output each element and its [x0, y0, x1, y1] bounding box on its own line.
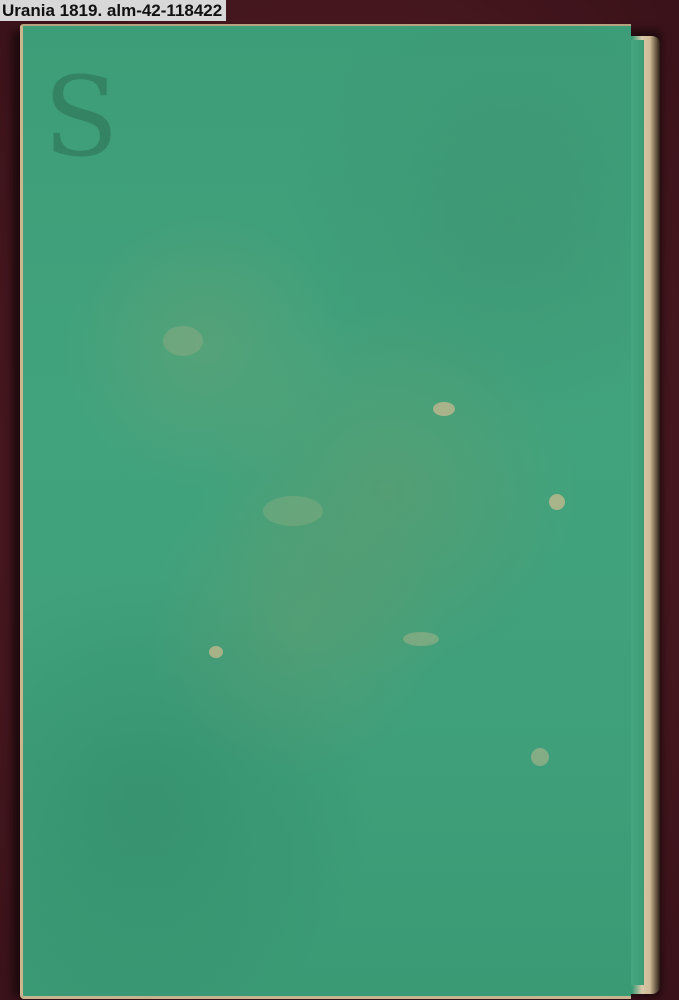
stain-spot: [163, 326, 203, 356]
monogram-stamp: S: [41, 62, 121, 172]
book-cover: S: [20, 24, 631, 999]
image-caption: Urania 1819. alm-42-118422: [0, 0, 226, 21]
stain-spot: [263, 496, 323, 526]
stain-spot: [403, 632, 439, 646]
stain-spot: [433, 402, 455, 416]
stain-spot: [549, 494, 565, 510]
stain-spot: [209, 646, 223, 658]
stain-spot: [531, 748, 549, 766]
